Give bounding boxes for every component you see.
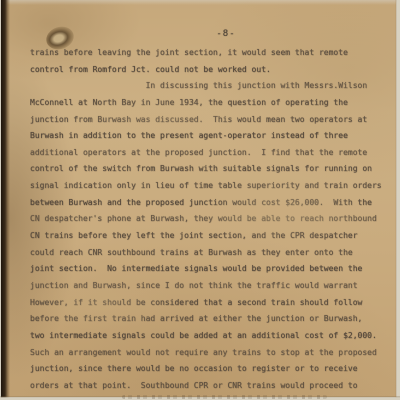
page-edge-shadow bbox=[1, 0, 10, 400]
text-line: could reach CNR southbound trains at Bur… bbox=[30, 245, 384, 262]
text-line: CN trains before they left the joint sec… bbox=[30, 228, 384, 245]
text-line: junction, since there would be no occasi… bbox=[30, 361, 384, 378]
text-line: before the first train had arrived at ei… bbox=[30, 311, 384, 328]
cut-off-text-line bbox=[122, 395, 327, 399]
text-line: control from Romford Jct. could not be w… bbox=[30, 62, 384, 79]
text-line: additional operators at the proposed jun… bbox=[30, 145, 384, 162]
text-line: Such an arrangement would not require an… bbox=[30, 345, 384, 362]
text-line: junction and Burwash, since I do not thi… bbox=[30, 278, 384, 295]
text-line: orders at that point. Southbound CPR or … bbox=[30, 378, 384, 395]
scan-edge-top bbox=[0, 0, 400, 5]
document-body: trains before leaving the joint section,… bbox=[30, 45, 384, 394]
text-line: control of the switch from Burwash with … bbox=[30, 161, 384, 178]
text-line: trains before leaving the joint section,… bbox=[30, 45, 384, 62]
text-line: McConnell at North Bay in June 1934, the… bbox=[30, 95, 384, 112]
text-line: However, if it should be considered that… bbox=[30, 295, 384, 312]
scanned-document-page: -8- trains before leaving the joint sect… bbox=[0, 0, 400, 400]
text-line: CN despatcher's phone at Burwash, they w… bbox=[30, 211, 384, 228]
text-line: signal indication only in lieu of time t… bbox=[30, 178, 384, 195]
text-line: In discussing this junction with Messrs.… bbox=[30, 78, 384, 95]
text-line: two intermediate signals could be added … bbox=[30, 328, 384, 345]
text-line: junction from Burwash was discussed. Thi… bbox=[30, 112, 384, 129]
text-line: joint section. No intermediate signals w… bbox=[30, 261, 384, 278]
page-number: -8- bbox=[0, 29, 400, 39]
text-line: between Burwash and the proposed junctio… bbox=[30, 195, 384, 212]
scan-edge-right bbox=[395, 0, 400, 400]
text-line: Burwash in addition to the present agent… bbox=[30, 128, 384, 145]
